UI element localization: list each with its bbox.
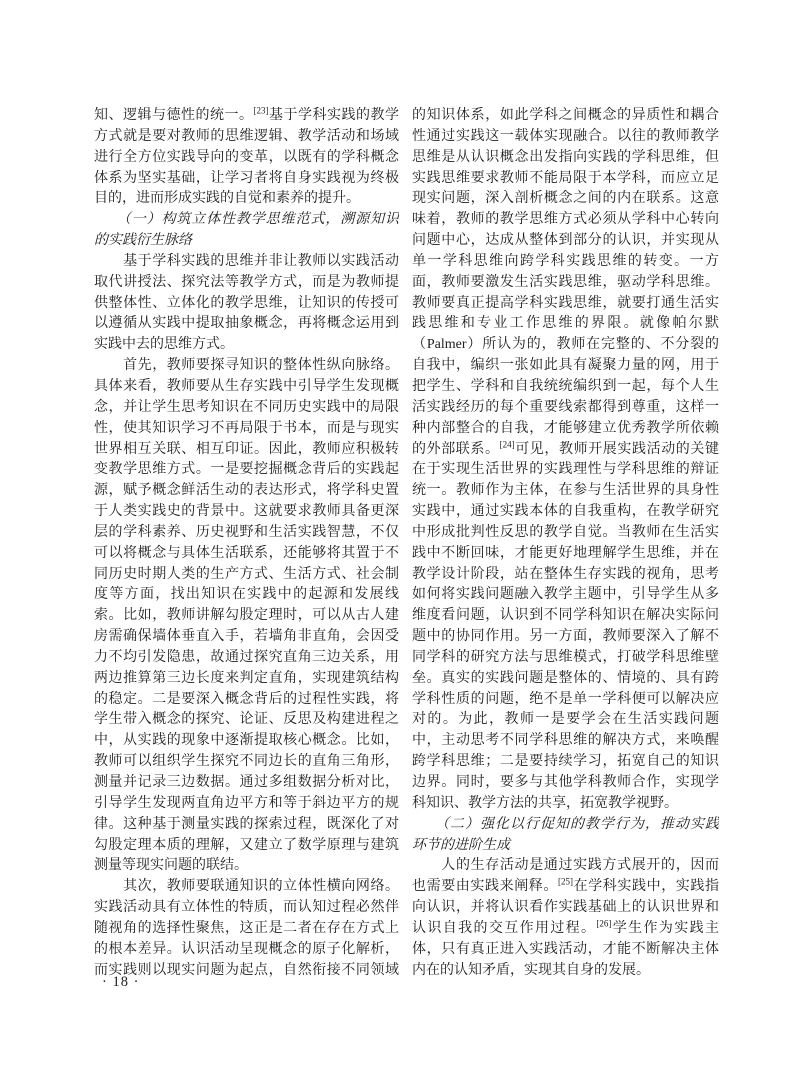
text-line: 在于实现生活世界的实践理性与学科思维的辩证 bbox=[412, 460, 719, 481]
text-line: 取代讲授法、探究法等教学方式，而是为教师提 bbox=[94, 273, 399, 294]
text-line: 的稳定。二是要深入概念背后的过程性实践，将 bbox=[94, 690, 399, 711]
text-line: 层的学科素养、历史视野和生活实践智慧，不仅 bbox=[94, 523, 399, 544]
text-line: 度等方面，找出知识在实践中的起源和发展线 bbox=[94, 585, 399, 606]
text-line: 统一。教师作为主体，在参与生活世界的具身性 bbox=[412, 481, 719, 502]
text-line: 问题中心，达成从整体到部分的认识，并实现从 bbox=[412, 231, 719, 252]
text-line: 中，主动思考不同学科思维的解决方式，来唤醒 bbox=[412, 731, 719, 752]
text-line: 勾股定理本质的理解，又建立了数学原理与建筑 bbox=[94, 836, 399, 857]
text-line: 人的生存活动是通过实践方式展开的，因而 bbox=[412, 856, 719, 877]
text-line: 面，教师要激发生活实践思维，驱动学科思维。 bbox=[412, 273, 719, 294]
text-line: 变教学思维方式。一是要挖掘概念背后的实践起 bbox=[94, 460, 399, 481]
citation-ref: [25] bbox=[558, 877, 573, 886]
text-line: 活实践经历的每个重要线索都得到尊重，这样一 bbox=[412, 398, 719, 419]
text-line: 中，从实践的现象中逐渐提取核心概念。比如， bbox=[94, 731, 399, 752]
journal-page: 知、逻辑与德性的统一。[23]基于学科实践的教学方式就是要对教师的思维逻辑、教学… bbox=[0, 0, 800, 1077]
text-line: 内在的认知矛盾，实现其自身的发展。 bbox=[412, 961, 719, 982]
text-line: 实践思维要求教师不能局限于本学科，而应立足 bbox=[412, 169, 719, 190]
text-line: 同学科的研究方法与思维模式，打破学科思维壁 bbox=[412, 648, 719, 669]
text-line: 方式就是要对教师的思维逻辑、教学活动和场域 bbox=[94, 127, 399, 148]
text-line: 力不均引发隐患，故通过探究直角三边关系，用 bbox=[94, 648, 399, 669]
text-line: 践中不断回味，才能更好地理解学生思维，并在 bbox=[412, 544, 719, 565]
text-line: 首先，教师要探寻知识的整体性纵向脉络。 bbox=[94, 356, 399, 377]
text-line: 两边推算第三边长度来判定直角，实现建筑结构 bbox=[94, 669, 399, 690]
text-line: 索。比如，教师讲解勾股定理时，可以从古人建 bbox=[94, 606, 399, 627]
text-line: 教师要真正提高学科实践思维，就要打通生活实 bbox=[412, 294, 719, 315]
text-line: 把学生、学科和自我统统编织到一起，每个人生 bbox=[412, 377, 719, 398]
section-heading-line: 环节的进阶生成 bbox=[412, 836, 719, 857]
citation-ref: [26] bbox=[596, 919, 611, 928]
text-line: 学生带入概念的探究、论证、反思及构建进程之 bbox=[94, 710, 399, 731]
text-line: 性通过实践这一载体实现融合。以往的教师教学 bbox=[412, 127, 719, 148]
text-line: 的知识体系，如此学科之间概念的异质性和耦合 bbox=[412, 106, 719, 127]
text-line: 同历史时期人类的生产方式、生活方式、社会制 bbox=[94, 565, 399, 586]
text-line: 实践中，通过实践本体的自我重构，在教学研究 bbox=[412, 502, 719, 523]
text-line: 可以将概念与具体生活联系，还能够将其置于不 bbox=[94, 544, 399, 565]
text-line: 自我中，编织一张如此具有凝聚力量的网，用于 bbox=[412, 356, 719, 377]
text-line: 引导学生发现两直角边平方和等于斜边平方的规 bbox=[94, 794, 399, 815]
text-line: 源，赋予概念鲜活生动的表达形式，将学科史置 bbox=[94, 481, 399, 502]
section-heading-line: （二）强化以行促知的教学行为，推动实践 bbox=[412, 815, 719, 836]
text-line: 教师可以组织学生探究不同边长的直角三角形， bbox=[94, 752, 399, 773]
text-line: 单一学科思维向跨学科实践思维的转变。一方 bbox=[412, 252, 719, 273]
text-line: 律。这种基于测量实践的探索过程，既深化了对 bbox=[94, 815, 399, 836]
text-column-right: 的知识体系，如此学科之间概念的异质性和耦合性通过实践这一载体实现融合。以往的教师… bbox=[412, 106, 719, 981]
text-line: 实践中去的思维方式。 bbox=[94, 335, 399, 356]
text-line: 的根本差异。认识活动呈现概念的原子化解析， bbox=[94, 940, 399, 961]
text-line: 中形成批判性反思的教学自觉。当教师在生活实 bbox=[412, 523, 719, 544]
text-column-left: 知、逻辑与德性的统一。[23]基于学科实践的教学方式就是要对教师的思维逻辑、教学… bbox=[94, 106, 399, 981]
text-line: 世界相互关联、相互印证。因此，教师应积极转 bbox=[94, 440, 399, 461]
text-line: 具体来看，教师要从生存实践中引导学生发现概 bbox=[94, 377, 399, 398]
citation-ref: [23] bbox=[254, 106, 269, 115]
text-line: 体系为坚实基础，让学习者将自身实践视为终极 bbox=[94, 169, 399, 190]
text-line: 科知识、教学方法的共享，拓宽教学视野。 bbox=[412, 794, 719, 815]
text-line: （Palmer）所认为的，教师在完整的、不分裂的 bbox=[412, 335, 719, 356]
section-heading-line: 的实践衍生脉络 bbox=[94, 231, 399, 252]
text-line: 实践活动具有立体性的特质，而认知过程必然伴 bbox=[94, 898, 399, 919]
text-line: 的外部联系。[24]可见，教师开展实践活动的关键 bbox=[412, 440, 719, 461]
text-line: 种内部整合的自我，才能够建立优秀教学所依赖 bbox=[412, 419, 719, 440]
section-heading-line: （一）构筑立体性教学思维范式，溯源知识 bbox=[94, 210, 399, 231]
text-line: 题中的协同作用。另一方面，教师要深入了解不 bbox=[412, 627, 719, 648]
text-line: 思维是从认识概念出发指向实践的学科思维，但 bbox=[412, 148, 719, 169]
text-line: 进行全方位实践导向的变革，以既有的学科概念 bbox=[94, 148, 399, 169]
text-line: 也需要由实践来阐释。[25]在学科实践中，实践指 bbox=[412, 877, 719, 898]
text-line: 测量并记录三边数据。通过多组数据分析对比， bbox=[94, 773, 399, 794]
text-line: 知、逻辑与德性的统一。[23]基于学科实践的教学 bbox=[94, 106, 399, 127]
citation-ref: [24] bbox=[500, 440, 515, 449]
text-line: 认识自我的交互作用过程。[26]学生作为实践主 bbox=[412, 919, 719, 940]
text-line: 味着，教师的教学思维方式必须从学科中心转向 bbox=[412, 210, 719, 231]
text-line: 向认识，并将认识看作实践基础上的认识世界和 bbox=[412, 898, 719, 919]
text-line: 跨学科思维；二是要持续学习，拓宽自己的知识 bbox=[412, 752, 719, 773]
text-line: 于人类实践史的背景中。这就要求教师具备更深 bbox=[94, 502, 399, 523]
text-line: 如何将实践问题融入教学主题中，引导学生从多 bbox=[412, 585, 719, 606]
text-line: 目的，进而形成实践的自觉和素养的提升。 bbox=[94, 189, 399, 210]
text-line: 随视角的选择性聚焦，这正是二者在存在方式上 bbox=[94, 919, 399, 940]
text-line: 而实践则以现实问题为起点，自然衔接不同领域 bbox=[94, 961, 399, 982]
text-line: 维度看问题，认识到不同学科知识在解决实际问 bbox=[412, 606, 719, 627]
text-line: 测量等现实问题的联结。 bbox=[94, 856, 399, 877]
text-line: 边界。同时，要多与其他学科教师合作，实现学 bbox=[412, 773, 719, 794]
text-line: 供整体性、立体化的教学思维，让知识的传授可 bbox=[94, 294, 399, 315]
text-line: 教学设计阶段，站在整体生存实践的视角，思考 bbox=[412, 565, 719, 586]
text-line: 践思维和专业工作思维的界限。就像帕尔默 bbox=[412, 314, 719, 335]
text-line: 基于学科实践的思维并非让教师以实践活动 bbox=[94, 252, 399, 273]
text-line: 念，并让学生思考知识在不同历史实践中的局限 bbox=[94, 398, 399, 419]
text-line: 性，使其知识学习不再局限于书本，而是与现实 bbox=[94, 419, 399, 440]
text-line: 体，只有真正进入实践活动，才能不断解决主体 bbox=[412, 940, 719, 961]
text-line: 现实问题，深入剖析概念之间的内在联系。这意 bbox=[412, 189, 719, 210]
text-line: 学科性质的问题，绝不是单一学科便可以解决应 bbox=[412, 690, 719, 711]
text-line: 对的。为此，教师一是要学会在生活实践问题 bbox=[412, 710, 719, 731]
text-line: 垒。真实的实践问题是整体的、情境的、具有跨 bbox=[412, 669, 719, 690]
text-line: 以遵循从实践中提取抽象概念，再将概念运用到 bbox=[94, 314, 399, 335]
text-line: 其次，教师要联通知识的立体性横向网络。 bbox=[94, 877, 399, 898]
page-number: · 18 · bbox=[102, 974, 139, 991]
text-line: 房需确保墙体垂直入手，若墙角非直角，会因受 bbox=[94, 627, 399, 648]
